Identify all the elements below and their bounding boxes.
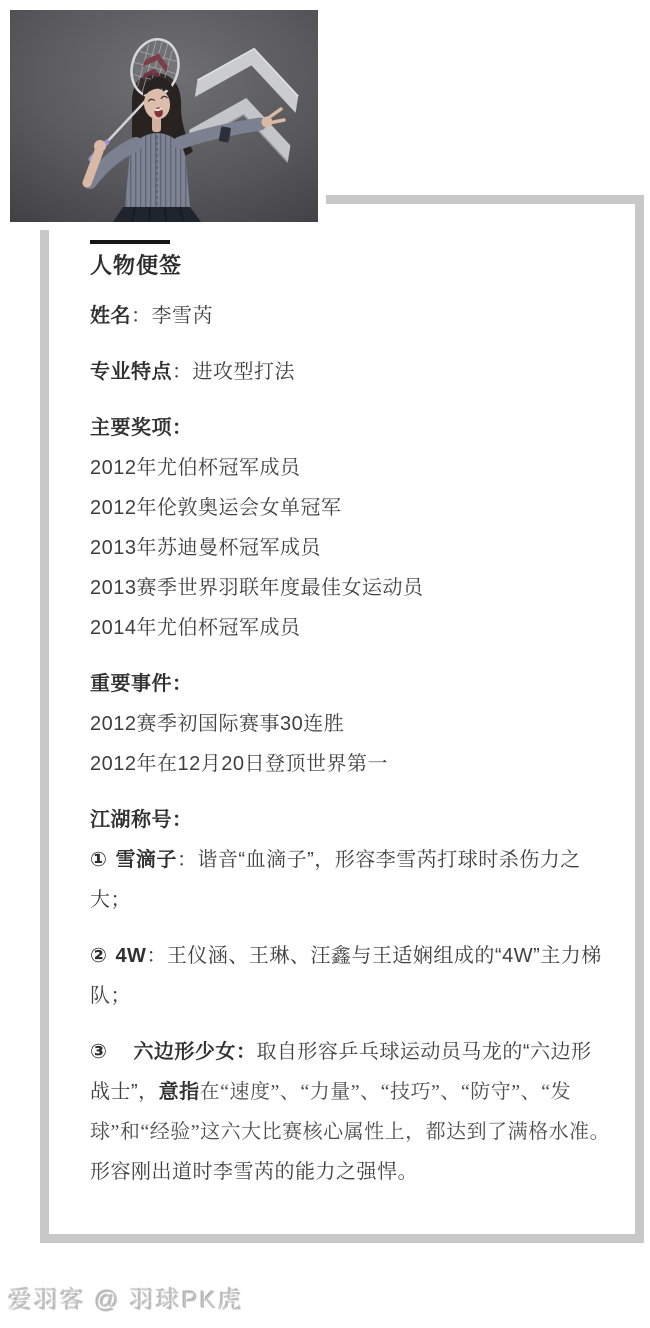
profile-card-content: 人物便签 姓名：李雪芮 专业特点：进攻型打法 主要奖项： 2012年尤伯杯冠军成… (49, 204, 635, 1192)
field-name-value: ：李雪芮 (131, 305, 213, 327)
emphasis-text: 意指 (159, 1081, 200, 1103)
watermark: 爱羽客 @ 羽球PK虎 (8, 1286, 244, 1316)
nicknames-label: 江湖称号： (90, 800, 611, 840)
title-overline (90, 240, 170, 244)
circled-2-marker: ② (90, 945, 107, 967)
right-hand (94, 140, 106, 152)
events-label: 重要事件： (90, 664, 611, 704)
profile-card: 人物便签 姓名：李雪芮 专业特点：进攻型打法 主要奖项： 2012年尤伯杯冠军成… (40, 195, 644, 1243)
field-specialty-value: ：进攻型打法 (172, 361, 295, 383)
event-item: 2012年在12月20日登顶世界第一 (90, 744, 611, 784)
nickname-1: ①雪滴子：谐音“血滴子”，形容李雪芮打球时杀伤力之大； (90, 849, 581, 911)
award-item: 2012年伦敦奥运会女单冠军 (90, 488, 611, 528)
field-name-label: 姓名 (90, 305, 131, 327)
player-photo (10, 10, 326, 230)
event-item: 2012赛季初国际赛事30连胜 (90, 704, 611, 744)
card-title-block: 人物便签 (90, 240, 611, 280)
nicknames-block: 江湖称号： ①雪滴子：谐音“血滴子”，形容李雪芮打球时杀伤力之大； (90, 800, 611, 920)
circled-3-marker: ③ (90, 1041, 107, 1063)
skirt (113, 207, 201, 222)
award-item: 2012年尤伯杯冠军成员 (90, 448, 611, 488)
field-name: 姓名：李雪芮 (90, 296, 611, 336)
field-specialty-label: 专业特点 (90, 361, 172, 383)
field-specialty: 专业特点：进攻型打法 (90, 352, 611, 392)
events-block: 重要事件： 2012赛季初国际赛事30连胜 2012年在12月20日登顶世界第一 (90, 664, 611, 784)
awards-block: 主要奖项： 2012年尤伯杯冠军成员 2012年伦敦奥运会女单冠军 2013年苏… (90, 408, 611, 648)
award-item: 2013赛季世界羽联年度最佳女运动员 (90, 568, 611, 608)
nickname-3: ③六边形少女：取自形容乒乓球运动员马龙的“六边形战士”，意指在“速度”、“力量”… (90, 1032, 611, 1192)
badminton-player-illustration (10, 10, 318, 222)
circled-1-marker: ① (90, 849, 107, 871)
award-item: 2014年尤伯杯冠军成员 (90, 608, 611, 648)
award-item: 2013年苏迪曼杯冠军成员 (90, 528, 611, 568)
awards-label: 主要奖项： (90, 408, 611, 448)
card-title: 人物便签 (90, 252, 611, 280)
nickname-2: ②4W：王仪涵、王琳、汪鑫与王适娴组成的“4W”主力梯队； (90, 936, 611, 1016)
